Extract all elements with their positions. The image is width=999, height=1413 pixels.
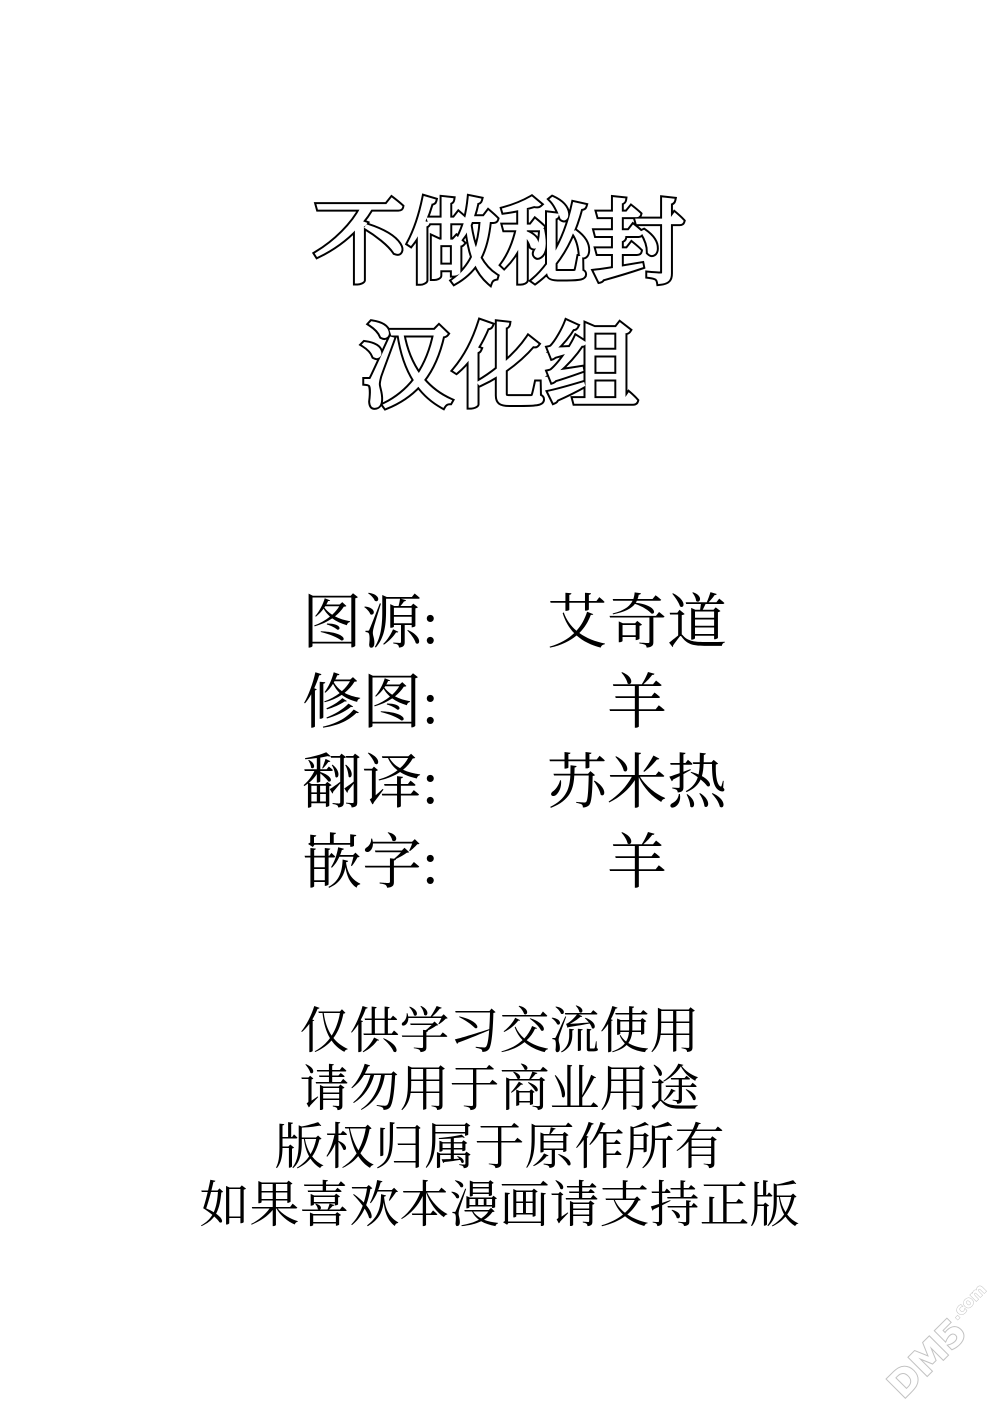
credits-list: 图源: 艾奇道 修图: 羊 翻译: 苏米热 嵌字: 羊	[302, 578, 822, 898]
notice-line-4: 如果喜欢本漫画请支持正版	[0, 1176, 999, 1234]
credit-role-label: 嵌字:	[302, 815, 452, 901]
credit-person-name: 苏米热	[452, 735, 822, 821]
scanlation-credits-page: 不做秘封 汉化组 图源: 艾奇道 修图: 羊 翻译: 苏米热 嵌字: 羊 仅供学…	[0, 0, 999, 1413]
credit-person-name: 艾奇道	[452, 575, 822, 661]
notice-line-3: 版权归属于原作所有	[0, 1118, 999, 1176]
group-title: 不做秘封 汉化组	[0, 182, 999, 430]
credit-row-translation: 翻译: 苏米热	[302, 738, 822, 818]
dm5-watermark-text: DM5	[880, 1311, 975, 1406]
dm5-watermark-suffix: .com	[946, 1280, 990, 1324]
credit-role-label: 图源:	[302, 575, 452, 661]
notice-line-2: 请勿用于商业用途	[0, 1060, 999, 1118]
credit-role-label: 翻译:	[302, 735, 452, 821]
usage-notice: 仅供学习交流使用 请勿用于商业用途 版权归属于原作所有 如果喜欢本漫画请支持正版	[0, 1002, 999, 1234]
credit-role-label: 修图:	[302, 655, 452, 741]
group-title-line-2: 汉化组	[0, 306, 999, 430]
dm5-watermark: DM5.com	[875, 1275, 999, 1411]
credit-person-name: 羊	[452, 655, 822, 741]
group-title-line-1: 不做秘封	[0, 182, 999, 306]
credit-row-source: 图源: 艾奇道	[302, 578, 822, 658]
credit-row-typesetting: 嵌字: 羊	[302, 818, 822, 898]
credit-person-name: 羊	[452, 815, 822, 901]
notice-line-1: 仅供学习交流使用	[0, 1002, 999, 1060]
credit-row-cleaning: 修图: 羊	[302, 658, 822, 738]
